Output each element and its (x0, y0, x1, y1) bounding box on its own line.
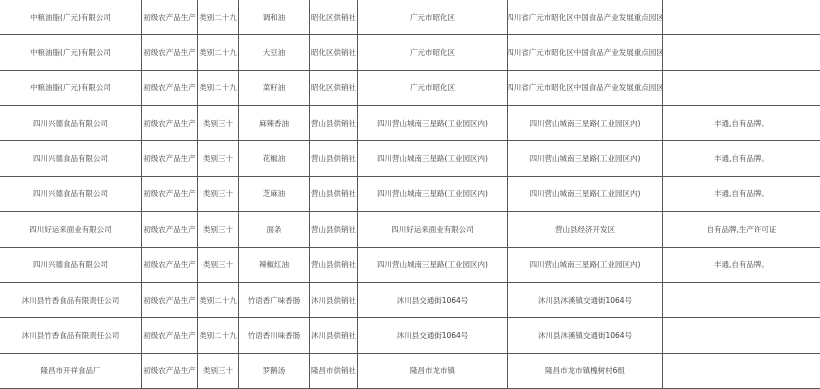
cell-address: 四川营山城南三星路(工业园区内) (358, 177, 508, 211)
table-row: 隆昌市开祥食品厂初级农产品生产类别三十罗鹅汤隆昌市供销社隆昌市龙市镇隆昌市龙市镇… (0, 354, 820, 389)
cell-category-class: 类别三十 (198, 212, 239, 246)
cell-detailed-address: 沐川县沐溪镇交通街1064号 (508, 318, 663, 352)
cell-address: 广元市昭化区 (358, 35, 508, 69)
cell-category-class: 类别三十 (198, 354, 239, 388)
cell-production-type: 初级农产品生产 (142, 0, 198, 34)
cell-address: 隆昌市龙市镇 (358, 354, 508, 388)
cell-address: 广元市昭化区 (358, 0, 508, 34)
cell-remarks: 丰通,自有品牌。 (663, 106, 820, 140)
table-row: 四川兴德食品有限公司初级农产品生产类别三十辣椒红油营山县供销社四川营山城南三星路… (0, 248, 820, 283)
cell-product: 辣椒红油 (239, 248, 310, 282)
table-row: 中粮油脂(广元)有限公司初级农产品生产类别二十九调和油昭化区供销社广元市昭化区四… (0, 0, 820, 35)
cell-production-type: 初级农产品生产 (142, 212, 198, 246)
table-row: 四川好运来面业有限公司初级农产品生产类别三十面条营山县供销社四川好运来面业有限公… (0, 212, 820, 247)
cell-supply-coop: 昭化区供销社 (310, 0, 358, 34)
cell-product: 麻辣香油 (239, 106, 310, 140)
cell-company: 中粮油脂(广元)有限公司 (0, 35, 142, 69)
cell-detailed-address: 四川营山城南三星路(工业园区内) (508, 248, 663, 282)
cell-production-type: 初级农产品生产 (142, 248, 198, 282)
cell-production-type: 初级农产品生产 (142, 283, 198, 317)
cell-detailed-address: 四川省广元市昭化区中国食品产业发展重点园区 (508, 0, 663, 34)
cell-category-class: 类别二十九 (198, 0, 239, 34)
cell-category-class: 类别二十九 (198, 71, 239, 105)
cell-production-type: 初级农产品生产 (142, 354, 198, 388)
cell-address: 四川营山城南三星路(工业园区内) (358, 106, 508, 140)
cell-product: 大豆油 (239, 35, 310, 69)
cell-address: 沐川县交通街1064号 (358, 318, 508, 352)
cell-remarks: 丰通,自有品牌。 (663, 177, 820, 211)
cell-product: 竹语香川味香肠 (239, 318, 310, 352)
table-row: 中粮油脂(广元)有限公司初级农产品生产类别二十九大豆油昭化区供销社广元市昭化区四… (0, 35, 820, 70)
cell-detailed-address: 四川营山城南三星路(工业园区内) (508, 177, 663, 211)
cell-remarks (663, 35, 820, 69)
cell-detailed-address: 隆昌市龙市镇槐树村6组 (508, 354, 663, 388)
cell-supply-coop: 营山县供销社 (310, 248, 358, 282)
cell-supply-coop: 隆昌市供销社 (310, 354, 358, 388)
cell-remarks (663, 0, 820, 34)
cell-production-type: 初级农产品生产 (142, 71, 198, 105)
cell-supply-coop: 营山县供销社 (310, 212, 358, 246)
cell-company: 四川兴德食品有限公司 (0, 248, 142, 282)
cell-supply-coop: 昭化区供销社 (310, 35, 358, 69)
cell-product: 菜籽油 (239, 71, 310, 105)
cell-supply-coop: 营山县供销社 (310, 106, 358, 140)
table-row: 四川兴德食品有限公司初级农产品生产类别三十芝麻油营山县供销社四川营山城南三星路(… (0, 177, 820, 212)
cell-detailed-address: 四川省广元市昭化区中国食品产业发展重点园区 (508, 35, 663, 69)
cell-address: 四川营山城南三星路(工业园区内) (358, 248, 508, 282)
cell-address: 广元市昭化区 (358, 71, 508, 105)
cell-company: 四川兴德食品有限公司 (0, 177, 142, 211)
cell-remarks (663, 318, 820, 352)
table-row: 中粮油脂(广元)有限公司初级农产品生产类别二十九菜籽油昭化区供销社广元市昭化区四… (0, 71, 820, 106)
cell-detailed-address: 营山县经济开发区 (508, 212, 663, 246)
cell-remarks: 自有品牌,生产许可证 (663, 212, 820, 246)
cell-remarks (663, 283, 820, 317)
cell-category-class: 类别三十 (198, 177, 239, 211)
cell-production-type: 初级农产品生产 (142, 177, 198, 211)
cell-product: 竹语香广味香肠 (239, 283, 310, 317)
cell-product: 调和油 (239, 0, 310, 34)
cell-remarks (663, 71, 820, 105)
table-row: 沐川县竹香食品有限责任公司初级农产品生产类别二十九竹语香川味香肠沐川县供销社沐川… (0, 318, 820, 353)
table-row: 沐川县竹香食品有限责任公司初级农产品生产类别二十九竹语香广味香肠沐川县供销社沐川… (0, 283, 820, 318)
cell-product: 面条 (239, 212, 310, 246)
cell-product: 罗鹅汤 (239, 354, 310, 388)
cell-company: 沐川县竹香食品有限责任公司 (0, 318, 142, 352)
cell-product: 花椒油 (239, 141, 310, 175)
cell-company: 四川兴德食品有限公司 (0, 106, 142, 140)
cell-remarks: 丰通,自有品牌。 (663, 141, 820, 175)
cell-address: 四川好运来面业有限公司 (358, 212, 508, 246)
cell-product: 芝麻油 (239, 177, 310, 211)
cell-production-type: 初级农产品生产 (142, 35, 198, 69)
cell-supply-coop: 营山县供销社 (310, 141, 358, 175)
table-row: 四川兴德食品有限公司初级农产品生产类别三十麻辣香油营山县供销社四川营山城南三星路… (0, 106, 820, 141)
cell-remarks: 丰通,自有品牌。 (663, 248, 820, 282)
cell-category-class: 类别三十 (198, 141, 239, 175)
cell-supply-coop: 沐川县供销社 (310, 318, 358, 352)
cell-detailed-address: 沐川县沐溪镇交通街1064号 (508, 283, 663, 317)
cell-supply-coop: 营山县供销社 (310, 177, 358, 211)
cell-supply-coop: 沐川县供销社 (310, 283, 358, 317)
cell-category-class: 类别二十九 (198, 318, 239, 352)
cell-company: 四川兴德食品有限公司 (0, 141, 142, 175)
cell-company: 沐川县竹香食品有限责任公司 (0, 283, 142, 317)
cell-detailed-address: 四川营山城南三星路(工业园区内) (508, 141, 663, 175)
products-table: 中粮油脂(广元)有限公司初级农产品生产类别二十九调和油昭化区供销社广元市昭化区四… (0, 0, 820, 389)
cell-supply-coop: 昭化区供销社 (310, 71, 358, 105)
cell-address: 四川营山城南三星路(工业园区内) (358, 141, 508, 175)
cell-address: 沐川县交通街1064号 (358, 283, 508, 317)
cell-category-class: 类别三十 (198, 106, 239, 140)
cell-category-class: 类别二十九 (198, 35, 239, 69)
cell-company: 中粮油脂(广元)有限公司 (0, 0, 142, 34)
cell-production-type: 初级农产品生产 (142, 141, 198, 175)
cell-category-class: 类别三十 (198, 248, 239, 282)
cell-category-class: 类别二十九 (198, 283, 239, 317)
table-row: 四川兴德食品有限公司初级农产品生产类别三十花椒油营山县供销社四川营山城南三星路(… (0, 141, 820, 176)
cell-company: 中粮油脂(广元)有限公司 (0, 71, 142, 105)
cell-remarks (663, 354, 820, 388)
cell-company: 四川好运来面业有限公司 (0, 212, 142, 246)
cell-detailed-address: 四川营山城南三星路(工业园区内) (508, 106, 663, 140)
cell-production-type: 初级农产品生产 (142, 106, 198, 140)
cell-detailed-address: 四川省广元市昭化区中国食品产业发展重点园区 (508, 71, 663, 105)
cell-production-type: 初级农产品生产 (142, 318, 198, 352)
cell-company: 隆昌市开祥食品厂 (0, 354, 142, 388)
